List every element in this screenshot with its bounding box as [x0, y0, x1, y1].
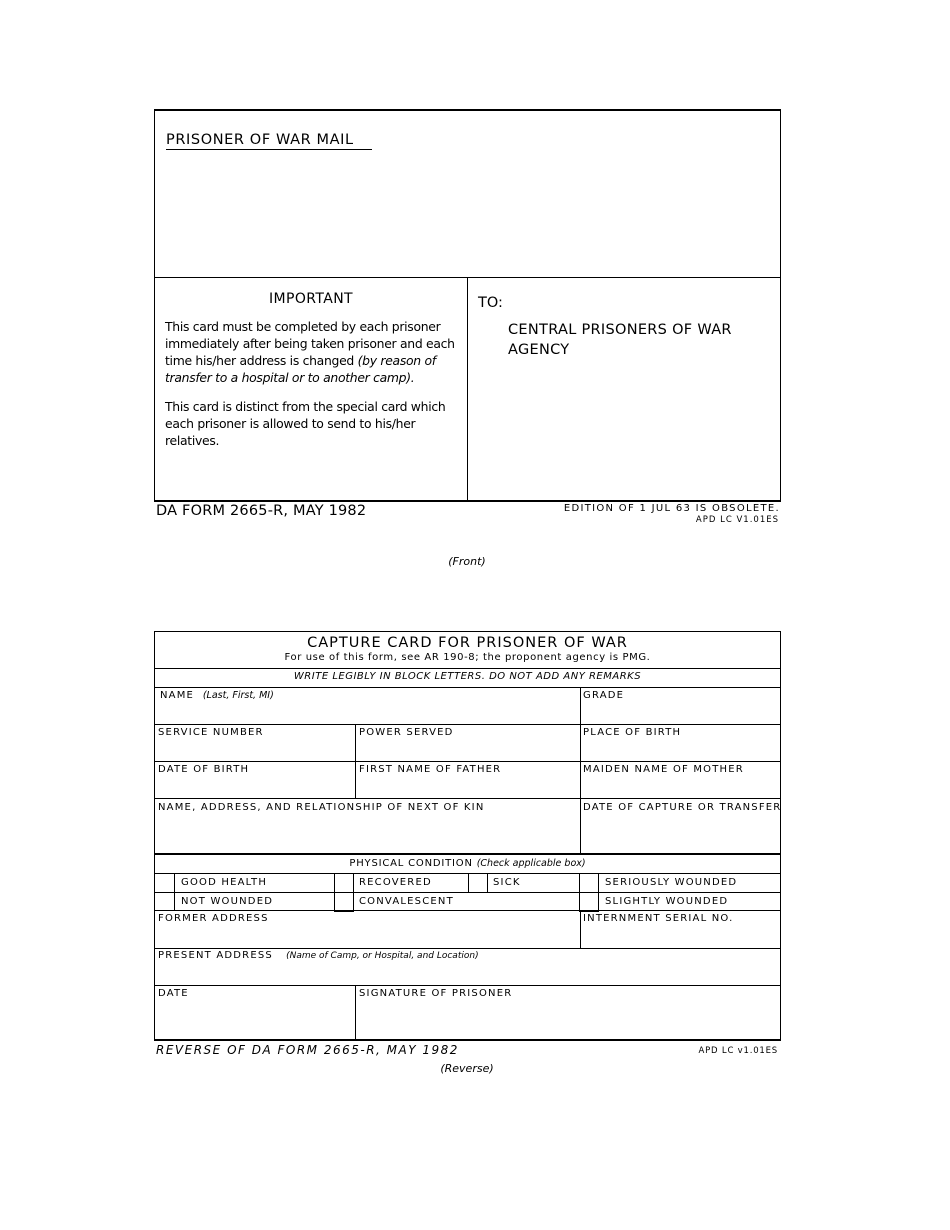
divider	[154, 687, 781, 688]
divider	[580, 687, 581, 854]
power-served-field[interactable]: POWER SERVED	[359, 727, 454, 738]
divider	[154, 668, 781, 669]
divider	[154, 910, 781, 911]
present-address-field[interactable]: PRESENT ADDRESS (Name of Camp, or Hospit…	[158, 950, 479, 961]
divider	[154, 798, 781, 799]
father-first-name-field[interactable]: FIRST NAME OF FATHER	[359, 764, 501, 775]
divider	[355, 985, 356, 1041]
divider	[154, 948, 781, 949]
not-wounded-label: NOT WOUNDED	[181, 896, 273, 907]
to-label: TO:	[478, 295, 503, 311]
version-label: APD LC v1.01ES	[699, 1046, 778, 1056]
date-of-capture-field[interactable]: DATE OF CAPTURE OR TRANSFER	[583, 802, 781, 813]
divider	[580, 910, 581, 948]
recovered-label: RECOVERED	[359, 877, 432, 888]
internment-serial-field[interactable]: INTERNMENT SERIAL NO.	[583, 913, 733, 924]
capture-card-title: CAPTURE CARD FOR PRISONER OF WAR	[154, 635, 781, 651]
version-label: APD LC V1.01ES	[696, 515, 779, 525]
former-address-field[interactable]: FORMER ADDRESS	[158, 913, 269, 924]
divider	[154, 761, 781, 762]
name-field[interactable]: NAME (Last, First, MI)	[160, 690, 274, 701]
divider	[154, 853, 781, 855]
reverse-caption: (Reverse)	[0, 1062, 934, 1075]
capture-card-subtitle: For use of this form, see AR 190-8; the …	[154, 652, 781, 663]
signature-field[interactable]: SIGNATURE OF PRISONER	[359, 988, 512, 999]
divider	[154, 985, 781, 986]
instruction-text: WRITE LEGIBLY IN BLOCK LETTERS. DO NOT A…	[154, 671, 781, 682]
recovered-checkbox[interactable]	[334, 874, 354, 893]
name-label: NAME	[160, 690, 194, 701]
present-address-label: PRESENT ADDRESS	[158, 950, 273, 961]
form-identifier: DA FORM 2665-R, MAY 1982	[156, 503, 366, 519]
good-health-checkbox[interactable]	[155, 874, 175, 893]
heading-text: PHYSICAL CONDITION	[349, 858, 472, 869]
date-field[interactable]: DATE	[158, 988, 189, 999]
physical-condition-heading: PHYSICAL CONDITION (Check applicable box…	[154, 858, 781, 869]
not-wounded-checkbox[interactable]	[155, 893, 175, 911]
good-health-label: GOOD HEALTH	[181, 877, 267, 888]
slightly-wounded-label: SLIGHTLY WOUNDED	[605, 896, 728, 907]
seriously-wounded-label: SERIOUSLY WOUNDED	[605, 877, 737, 888]
service-number-field[interactable]: SERVICE NUMBER	[158, 727, 264, 738]
important-heading: IMPORTANT	[155, 291, 467, 307]
sick-checkbox[interactable]	[468, 874, 488, 893]
card-title: PRISONER OF WAR MAIL	[166, 131, 372, 150]
convalescent-label: CONVALESCENT	[359, 896, 454, 907]
to-address: CENTRAL PRISONERS OF WAR AGENCY	[508, 320, 768, 360]
mother-maiden-name-field[interactable]: MAIDEN NAME OF MOTHER	[583, 764, 744, 775]
reverse-form-identifier: REVERSE OF DA FORM 2665-R, MAY 1982	[156, 1043, 459, 1057]
present-address-hint: (Name of Camp, or Hospital, and Location…	[286, 951, 479, 961]
important-paragraph-2: This card is distinct from the special c…	[165, 398, 470, 449]
seriously-wounded-checkbox[interactable]	[579, 874, 599, 893]
divider	[355, 724, 356, 798]
name-hint: (Last, First, MI)	[203, 690, 274, 701]
edition-note: EDITION OF 1 JUL 63 IS OBSOLETE.	[564, 503, 780, 514]
next-of-kin-field[interactable]: NAME, ADDRESS, AND RELATIONSHIP OF NEXT …	[158, 802, 485, 813]
divider	[467, 277, 468, 501]
front-caption: (Front)	[0, 555, 934, 568]
place-of-birth-field[interactable]: PLACE OF BIRTH	[583, 727, 681, 738]
convalescent-checkbox[interactable]	[334, 893, 354, 912]
divider	[154, 724, 781, 725]
heading-hint: (Check applicable box)	[477, 858, 586, 869]
date-of-birth-field[interactable]: DATE OF BIRTH	[158, 764, 249, 775]
grade-field[interactable]: GRADE	[583, 690, 624, 701]
important-paragraph-1: This card must be completed by each pris…	[165, 318, 470, 386]
sick-label: SICK	[493, 877, 521, 888]
slightly-wounded-checkbox[interactable]	[579, 893, 599, 912]
